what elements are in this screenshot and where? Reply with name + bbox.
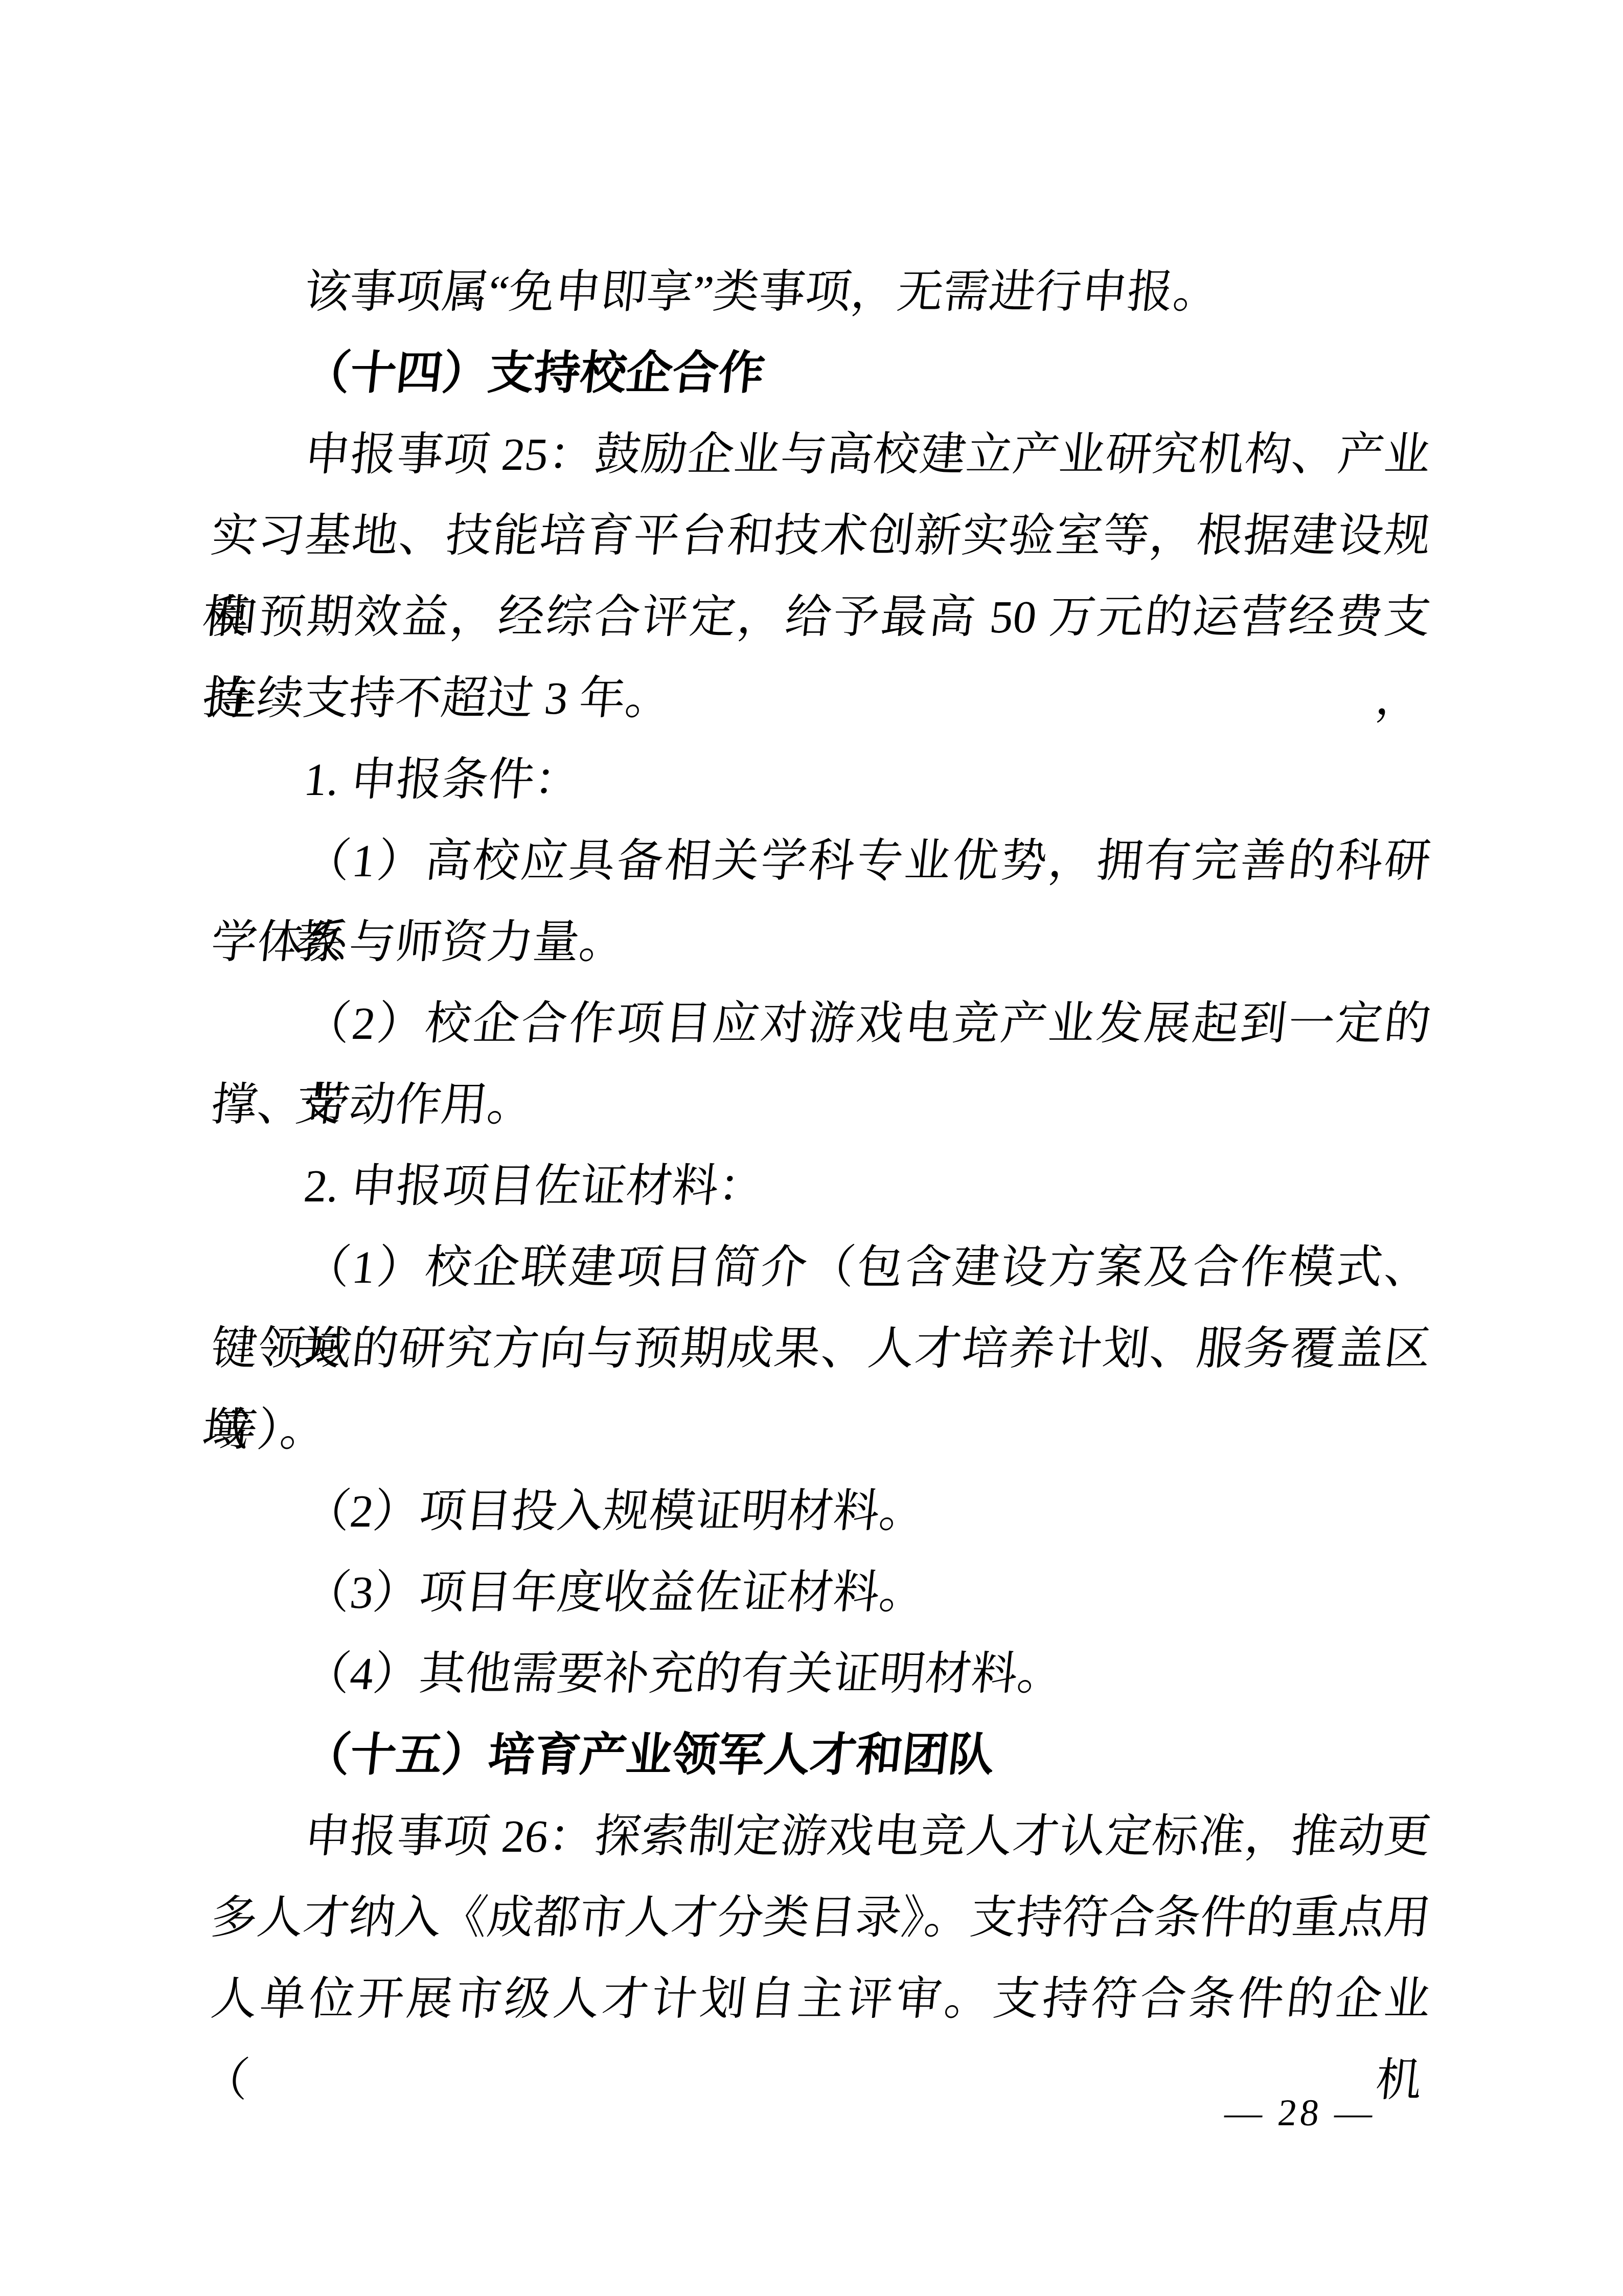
text-line: 键领域的研究方向与预期成果、人才培养计划、服务覆盖区域 [207, 1308, 1435, 1390]
text-line: 等）。 [207, 1390, 1435, 1471]
text-line: （十五）培育产业领军人才和团队 [207, 1715, 1435, 1796]
text-line: 2. 申报项目佐证材料： [207, 1146, 1435, 1227]
text-line: 连续支持不超过 3 年。 [207, 658, 1435, 739]
text-line: （1）高校应具备相关学科专业优势，拥有完善的科研教 [207, 821, 1435, 902]
text-line: 申报事项 26：探索制定游戏电竞人才认定标准，推动更 [207, 1796, 1435, 1877]
page-number: — 28 — [1222, 2085, 1379, 2141]
text-line: 该事项属“免申即享”类事项，无需进行申报。 [207, 252, 1435, 333]
text-line: （1）校企联建项目简介（包含建设方案及合作模式、关 [207, 1227, 1435, 1308]
text-line: 1. 申报条件： [207, 739, 1435, 821]
text-line: （2）校企合作项目应对游戏电竞产业发展起到一定的支 [207, 983, 1435, 1064]
text-line: 人单位开展市级人才计划自主评审。支持符合条件的企业（机 [207, 1959, 1435, 2040]
text-line: （十四）支持校企合作 [207, 333, 1435, 414]
text-line: 多人才纳入《成都市人才分类目录》。支持符合条件的重点用 [207, 1877, 1435, 1959]
text-line: 实习基地、技能培育平台和技术创新实验室等，根据建设规模 [207, 495, 1435, 577]
text-line: （3）项目年度收益佐证材料。 [207, 1552, 1435, 1633]
text-line: 学体系与师资力量。 [207, 902, 1435, 983]
text-line: （2）项目投入规模证明材料。 [207, 1471, 1435, 1552]
text-line: 和预期效益，经综合评定，给予最高 50 万元的运营经费支持， [207, 577, 1435, 658]
text-line: 撑、带动作用。 [207, 1064, 1435, 1146]
text-line: （4）其他需要补充的有关证明材料。 [207, 1633, 1435, 1715]
document-body: 该事项属“免申即享”类事项，无需进行申报。（十四）支持校企合作申报事项 25：鼓… [207, 252, 1426, 2040]
text-line: 申报事项 25：鼓励企业与高校建立产业研究机构、产业 [207, 414, 1435, 495]
document-page: 该事项属“免申即享”类事项，无需进行申报。（十四）支持校企合作申报事项 25：鼓… [0, 0, 1623, 2296]
